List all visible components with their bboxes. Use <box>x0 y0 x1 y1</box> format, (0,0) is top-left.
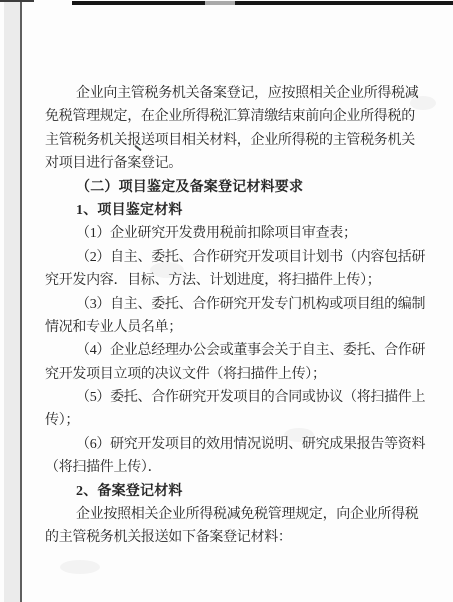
scan-top-edge-bar <box>72 1 453 5</box>
text-line: （将扫描件上传）． <box>45 456 417 479</box>
text-line: 的主管税务机关报送如下备案登记材料： <box>45 526 417 549</box>
scan-top-edge-artifact <box>0 0 34 2</box>
text-line: 企业向主管税务机关备案登记，应按照相关企业所得税减 <box>45 82 417 105</box>
scan-smudge <box>60 560 100 574</box>
text-line: （2）自主、委托、合作研究开发项目计划书（内容包括研 <box>45 246 417 269</box>
text-line: 企业按照相关企业所得税减免税管理规定，向企业所得税 <box>45 503 417 526</box>
text-line: 主管税务机关报送项目相关材料，企业所得税的主管税务机关 <box>45 129 417 152</box>
text-line: 究开发内容．目标、方法、计划进度，将扫描件上传）； <box>45 269 417 292</box>
text-line: 2、备案登记材料 <box>45 480 417 503</box>
text-line: 究开发项目立项的决议文件（将扫描件上传）； <box>45 363 417 386</box>
text-line: （二）项目鉴定及备案登记材料要求 <box>45 176 417 199</box>
text-line: 情况和专业人员名单； <box>45 316 417 339</box>
text-line: （1）企业研究开发费用税前扣除项目审查表； <box>45 222 417 245</box>
text-line: （3）自主、委托、合作研究开发专门机构或项目组的编制 <box>45 293 417 316</box>
text-line: 对项目进行备案登记。 <box>45 152 417 175</box>
page-left-edge-line <box>20 2 22 602</box>
document-body-text: 企业向主管税务机关备案登记，应按照相关企业所得税减免税管理规定，在企业所得税汇算… <box>45 82 417 550</box>
text-line: （4）企业总经理办公会或董事会关于自主、委托、合作研 <box>45 339 417 362</box>
scan-left-margin-shadow <box>4 0 20 602</box>
text-line: 免税管理规定，在企业所得税汇算清缴结束前向企业所得税的 <box>45 105 417 128</box>
text-line: （5）委托、合作研究开发项目的合同或协议（将扫描件上 <box>45 386 417 409</box>
text-line: 1、项目鉴定材料 <box>45 199 417 222</box>
scanned-document-page: 企业向主管税务机关备案登记，应按照相关企业所得税减免税管理规定，在企业所得税汇算… <box>0 0 453 602</box>
scan-top-edge-gap <box>205 1 235 5</box>
text-line: 传）； <box>45 409 417 432</box>
text-line: （6）研究开发项目的效用情况说明、研究成果报告等资料 <box>45 433 417 456</box>
